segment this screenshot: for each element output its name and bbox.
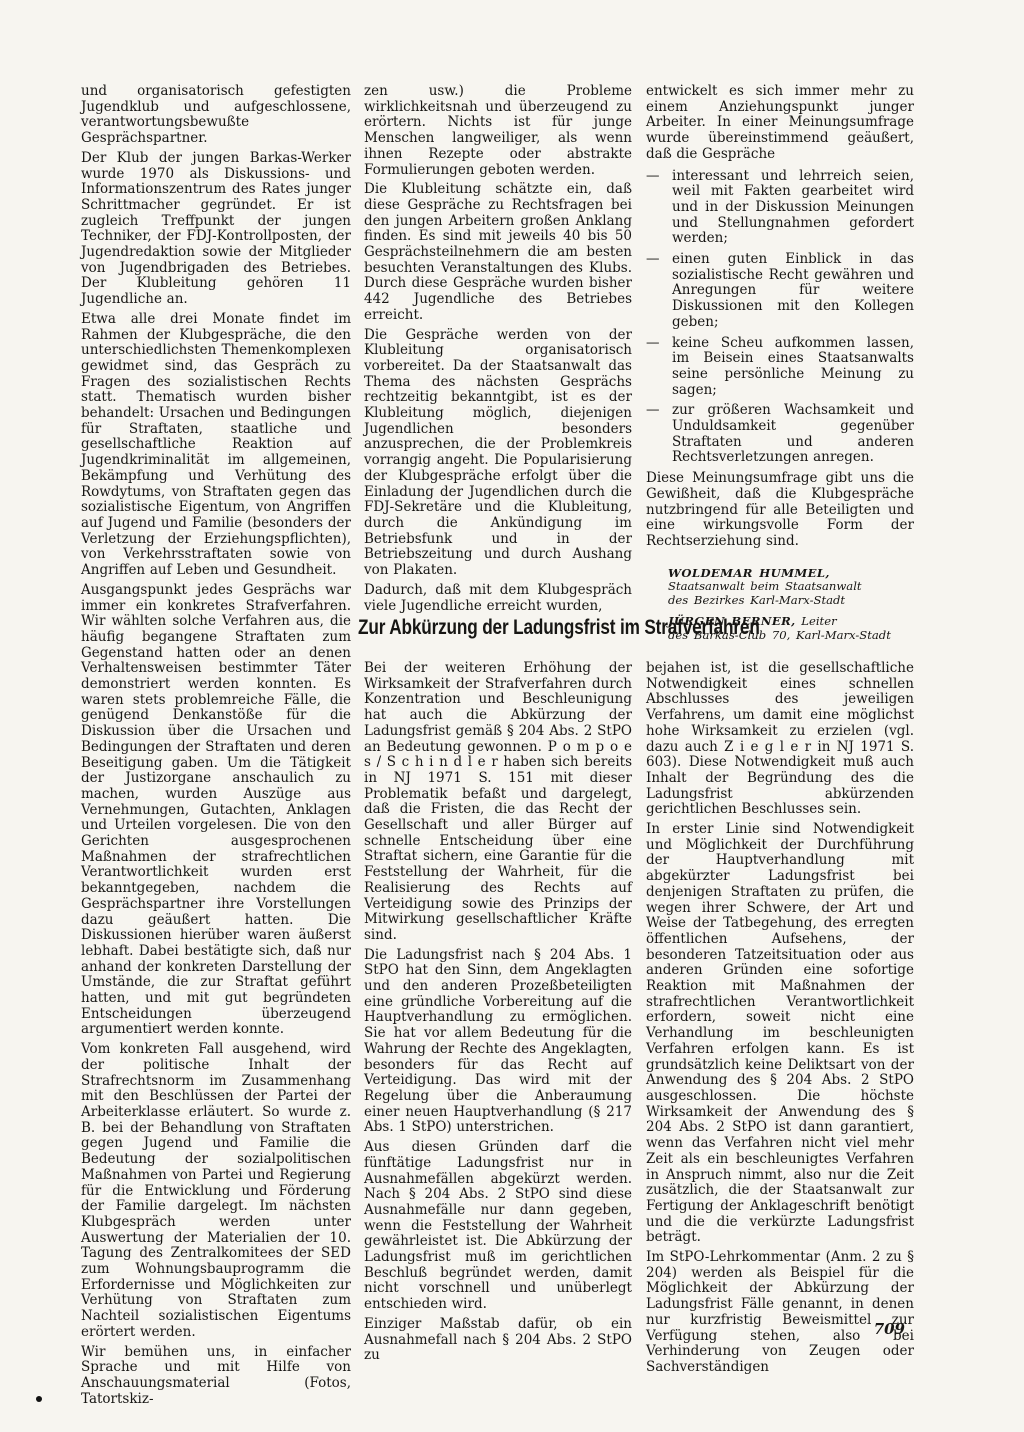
paragraph: entwickelt es sich immer mehr zu einem A… [646, 84, 914, 163]
list-item-text: keine Scheu aufkommen lassen, im Beisein… [672, 335, 914, 398]
paragraph: Etwa alle drei Monate findet im Rahmen d… [81, 312, 351, 579]
list-item: — interessant und lehrreich seien, weil … [646, 169, 914, 248]
paragraph: Diese Meinungsumfrage gibt uns die Gewiß… [646, 471, 914, 550]
dash-bullet: — [646, 403, 660, 419]
author-title-line: des Bezirkes Karl-Marx-Stadt [668, 594, 914, 608]
dash-bullet: — [646, 336, 660, 352]
dash-bullet: — [646, 169, 660, 185]
article1-column-right: entwickelt es sich immer mehr zu einem A… [646, 84, 914, 643]
author-name-line: WOLDEMAR HUMMEL, [668, 567, 914, 581]
article2-heading: Zur Abkürzung der Ladungsfrist im Strafv… [358, 614, 958, 640]
paragraph: In erster Linie sind Notwendigkeit und M… [646, 822, 914, 1246]
list-item-text: einen guten Einblick in das sozialistisc… [672, 251, 914, 330]
paragraph: Der Klub der jungen Barkas-Werker wurde … [81, 151, 351, 308]
scan-artifact-dot [36, 1396, 42, 1402]
paragraph: Einziger Maßstab dafür, ob ein Ausnahmef… [364, 1317, 632, 1364]
article1-column-left: und organisatorisch gefestigten Jugendkl… [81, 84, 351, 1411]
list-item: — einen guten Einblick in das sozialisti… [646, 252, 914, 331]
paragraph: Die Ladungsfrist nach § 204 Abs. 1 StPO … [364, 948, 632, 1136]
paragraph: Vom konkreten Fall ausgehend, wird der p… [81, 1042, 351, 1340]
list-item-text: zur größeren Wachsamkeit und Unduldsamke… [672, 402, 914, 465]
paragraph: Dadurch, daß mit dem Klubgespräch viele … [364, 583, 632, 614]
journal-page: und organisatorisch gefestigten Jugendkl… [0, 0, 1024, 1432]
article2-column-left: Bei der weiteren Erhöhung der Wirksamkei… [364, 661, 632, 1368]
article2-heading-text: Zur Abkürzung der Ladungsfrist im Strafv… [358, 614, 760, 640]
paragraph: bejahen ist, ist die gesellschaftliche N… [646, 661, 914, 818]
list-item-text: interessant und lehrreich seien, weil mi… [672, 168, 914, 247]
paragraph: Aus diesen Gründen darf die fünftätige L… [364, 1140, 632, 1313]
paragraph: Die Klubleitung schätzte ein, daß diese … [364, 182, 632, 323]
author-name: WOLDEMAR HUMMEL, [668, 566, 830, 580]
paragraph: Die Gespräche werden von der Klubleitung… [364, 328, 632, 579]
article2-column-right: bejahen ist, ist die gesellschaftliche N… [646, 661, 914, 1380]
paragraph: Wir bemühen uns, in einfacher Sprache un… [81, 1345, 351, 1408]
paragraph: und organisatorisch gefestigten Jugendkl… [81, 84, 351, 147]
article1-column-middle: zen usw.) die Probleme wirklichkeitsnah … [364, 84, 632, 618]
list-item: — keine Scheu aufkommen lassen, im Beise… [646, 336, 914, 399]
author-title-line: Staatsanwalt beim Staatsanwalt [668, 580, 914, 594]
paragraph: Im StPO-Lehrkommentar (Anm. 2 zu § 204) … [646, 1250, 914, 1376]
page-number: 709 [646, 1320, 905, 1338]
dash-bullet: — [646, 252, 660, 268]
paragraph: zen usw.) die Probleme wirklichkeitsnah … [364, 84, 632, 178]
paragraph: Ausgangspunkt jedes Gesprächs war immer … [81, 583, 351, 1038]
list-item: — zur größeren Wachsamkeit und Unduldsam… [646, 403, 914, 466]
opinion-list: — interessant und lehrreich seien, weil … [646, 169, 914, 467]
paragraph: Bei der weiteren Erhöhung der Wirksamkei… [364, 661, 632, 944]
